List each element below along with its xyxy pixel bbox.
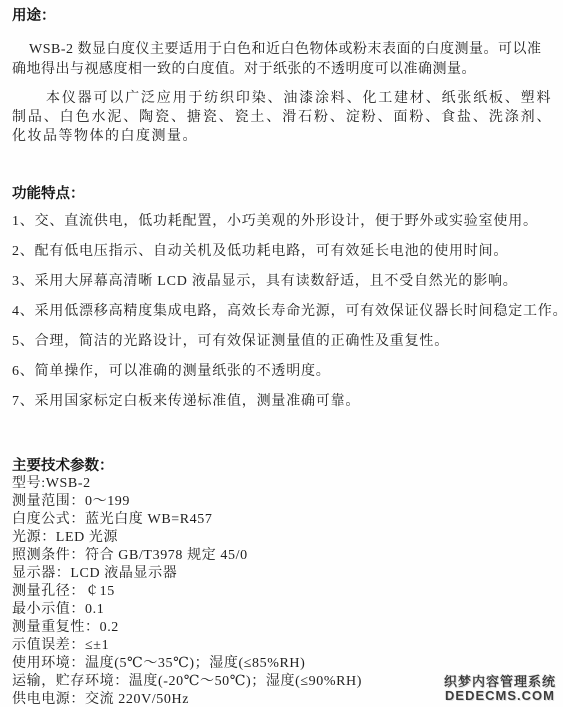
specs-list: 型号:WSB-2 测量范围：0～199 白度公式：蓝光白度 WB=R457 光源… <box>12 475 552 707</box>
specs-section-heading: 主要技术参数： <box>12 458 552 474</box>
feature-item: 1、交、直流供电，低功耗配置，小巧美观的外形设计，便于野外或实验室使用。 <box>12 207 552 237</box>
spec-item-aperture: 测量孔径：￠15 <box>12 583 552 601</box>
usage-paragraph-overview: WSB-2 数显白度仪主要适用于白色和近白色物体或粉末表面的白度测量。可以准确地… <box>12 40 552 80</box>
spec-item-repeatability: 测量重复性：0.2 <box>12 619 552 637</box>
feature-item: 5、合理，简洁的光路设计，可有效保证测量值的正确性及重复性。 <box>12 327 552 357</box>
spec-item-range: 测量范围：0～199 <box>12 493 552 511</box>
spec-item-operating-env: 使用环境：温度(5℃～35℃)；湿度(≤85%RH) <box>12 655 552 673</box>
product-description-page: 用途： WSB-2 数显白度仪主要适用于白色和近白色物体或粉末表面的白度测量。可… <box>0 0 563 707</box>
spec-item-formula: 白度公式：蓝光白度 WB=R457 <box>12 511 552 529</box>
usage-paragraph-applications: 本仪器可以广泛应用于纺织印染、油漆涂料、化工建材、纸张纸板、塑料制品、白色水泥、… <box>12 89 552 146</box>
feature-item: 6、简单操作，可以准确的测量纸张的不透明度。 <box>12 357 552 387</box>
feature-item: 7、采用国家标定白板来传递标准值，测量准确可靠。 <box>12 387 552 417</box>
spec-item-error: 示值误差：≤±1 <box>12 637 552 655</box>
watermark: 织梦内容管理系统 DEDECMS.COM <box>444 675 556 703</box>
watermark-brand-text: DEDECMS.COM <box>444 689 556 703</box>
features-section-heading: 功能特点： <box>12 186 552 202</box>
spec-item-light-source: 光源：LED 光源 <box>12 529 552 547</box>
feature-item: 2、配有低电压指示、自动关机及低功耗电路，可有效延长电池的使用时间。 <box>12 237 552 267</box>
spec-item-display: 显示器：LCD 液晶显示器 <box>12 565 552 583</box>
watermark-cn-text: 织梦内容管理系统 <box>444 675 556 689</box>
spec-item-min-reading: 最小示值：0.1 <box>12 601 552 619</box>
usage-section-heading: 用途： <box>12 8 552 24</box>
features-list: 1、交、直流供电，低功耗配置，小巧美观的外形设计，便于野外或实验室使用。 2、配… <box>12 207 552 417</box>
spec-item-geometry: 照测条件：符合 GB/T3978 规定 45/0 <box>12 547 552 565</box>
spec-item-model: 型号:WSB-2 <box>12 475 552 493</box>
feature-item: 3、采用大屏幕高清晰 LCD 液晶显示，具有读数舒适，且不受自然光的影响。 <box>12 267 552 297</box>
feature-item: 4、采用低漂移高精度集成电路，高效长寿命光源，可有效保证仪器长时间稳定工作。 <box>12 297 552 327</box>
